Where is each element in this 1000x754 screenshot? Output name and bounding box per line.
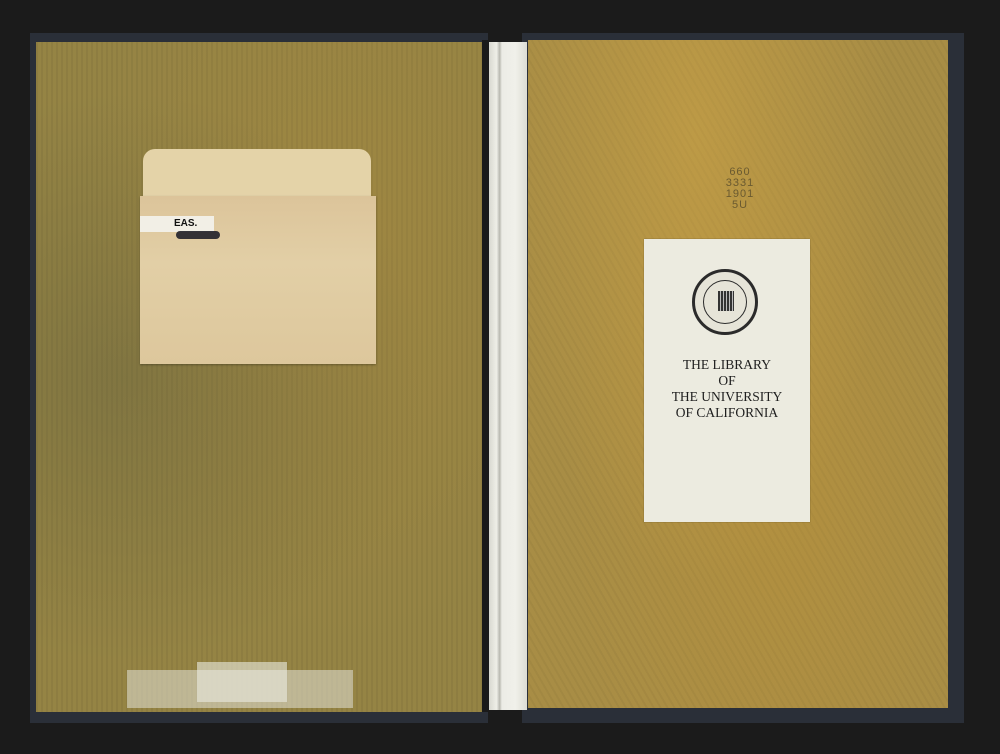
card-pocket: EAS. (140, 196, 376, 364)
bookplate-line: OF (644, 373, 810, 389)
pocket-label: EAS. (140, 216, 214, 232)
seal-book-icon (718, 291, 734, 311)
call-number: 660 3331 1901 5U (716, 167, 764, 211)
left-pastedown (36, 42, 482, 712)
university-seal-icon (692, 269, 758, 335)
seal-inner-ring (703, 280, 747, 324)
tape-residue-patch (197, 662, 287, 702)
bookplate-line: OF CALIFORNIA (644, 405, 810, 421)
call-number-line: 5U (716, 200, 764, 211)
bookplate-line: THE UNIVERSITY (644, 389, 810, 405)
ink-smudge (176, 231, 220, 239)
bookplate-text: THE LIBRARY OF THE UNIVERSITY OF CALIFOR… (644, 357, 810, 421)
spine-hinge-tape (489, 42, 527, 710)
bookplate: THE LIBRARY OF THE UNIVERSITY OF CALIFOR… (644, 239, 810, 522)
bookplate-line: THE LIBRARY (644, 357, 810, 373)
